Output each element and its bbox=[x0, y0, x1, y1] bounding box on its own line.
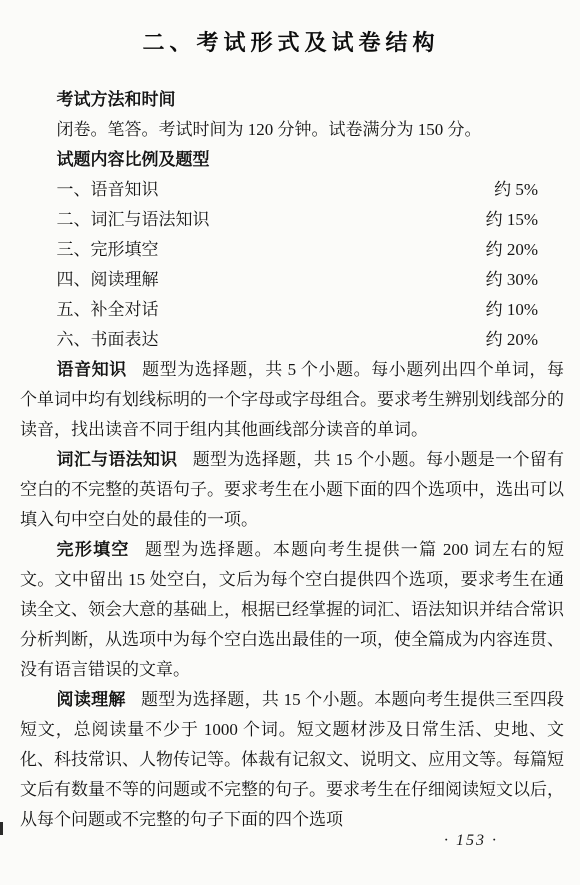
proportion-value: 约 15% bbox=[486, 205, 538, 235]
proportion-label: 二、词汇与语法知识 bbox=[20, 205, 210, 235]
proportion-list: 一、语音知识 约 5% 二、词汇与语法知识 约 15% 三、完形填空 约 20%… bbox=[20, 175, 564, 355]
page-title: 二、考试形式及试卷结构 bbox=[20, 26, 562, 57]
proportion-value: 约 20% bbox=[486, 325, 538, 355]
proportion-label: 三、完形填空 bbox=[20, 235, 159, 265]
proportion-row: 五、补全对话 约 10% bbox=[20, 295, 564, 325]
proportion-row: 三、完形填空 约 20% bbox=[20, 235, 564, 265]
description-term: 阅读理解 bbox=[57, 690, 126, 709]
description-term: 完形填空 bbox=[57, 540, 130, 559]
proportion-label: 四、阅读理解 bbox=[20, 265, 159, 295]
description-paragraph: 阅读理解题型为选择题，共 15 个小题。本题向考生提供三至四段短文，总阅读量不少… bbox=[20, 685, 564, 835]
document-body: 考试方法和时间 闭卷。笔答。考试时间为 120 分钟。试卷满分为 150 分。 … bbox=[20, 85, 564, 835]
page-number: · 153 · bbox=[444, 832, 498, 850]
proportion-row: 六、书面表达 约 20% bbox=[20, 325, 564, 355]
proportion-value: 约 20% bbox=[486, 235, 538, 265]
proportion-label: 五、补全对话 bbox=[20, 295, 159, 325]
description-paragraph: 语音知识题型为选择题，共 5 个小题。每小题列出四个单词，每个单词中均有划线标明… bbox=[20, 355, 564, 445]
proportion-label: 一、语音知识 bbox=[20, 175, 159, 205]
description-term: 词汇与语法知识 bbox=[57, 450, 178, 469]
proportion-row: 四、阅读理解 约 30% bbox=[20, 265, 564, 295]
description-paragraph: 词汇与语法知识题型为选择题，共 15 个小题。每小题是一个留有空白的不完整的英语… bbox=[20, 445, 564, 535]
proportion-row: 一、语音知识 约 5% bbox=[20, 175, 564, 205]
proportion-value: 约 10% bbox=[486, 295, 538, 325]
proportion-value: 约 30% bbox=[486, 265, 538, 295]
proportion-value: 约 5% bbox=[494, 175, 538, 205]
scan-artifact-mark bbox=[0, 822, 3, 835]
section-heading-method: 考试方法和时间 bbox=[20, 85, 564, 115]
document-page: 二、考试形式及试卷结构 考试方法和时间 闭卷。笔答。考试时间为 120 分钟。试… bbox=[0, 0, 580, 885]
description-paragraph: 完形填空题型为选择题。本题向考生提供一篇 200 词左右的短文。文中留出 15 … bbox=[20, 535, 564, 685]
method-text: 闭卷。笔答。考试时间为 120 分钟。试卷满分为 150 分。 bbox=[20, 115, 564, 145]
section-heading-content: 试题内容比例及题型 bbox=[20, 145, 564, 175]
proportion-row: 二、词汇与语法知识 约 15% bbox=[20, 205, 564, 235]
description-text: 题型为选择题。本题向考生提供一篇 200 词左右的短文。文中留出 15 处空白，… bbox=[20, 540, 564, 679]
description-term: 语音知识 bbox=[57, 360, 127, 379]
proportion-label: 六、书面表达 bbox=[20, 325, 159, 355]
description-text: 题型为选择题，共 15 个小题。本题向考生提供三至四段短文，总阅读量不少于 10… bbox=[20, 690, 564, 829]
